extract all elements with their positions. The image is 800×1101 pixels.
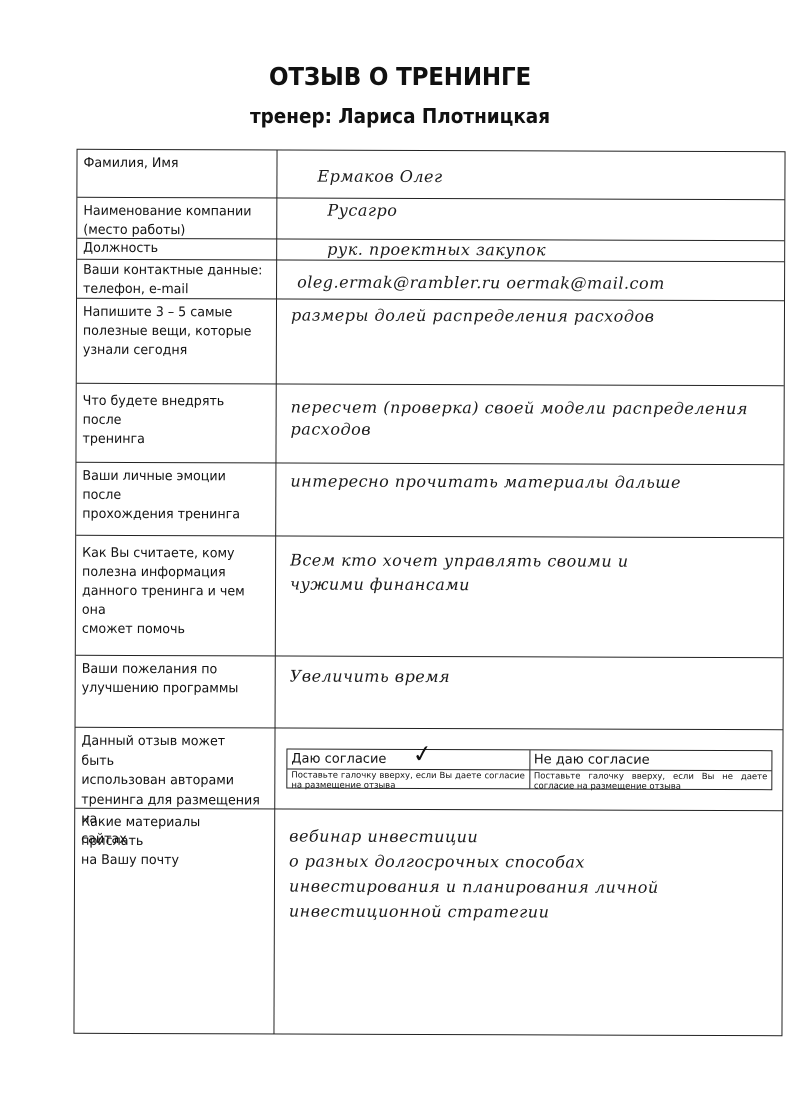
consent-agree-option[interactable]: Даю согласие Поставьте галочку вверху, е… <box>287 750 529 789</box>
label-emotions: Ваши личные эмоции после прохождения тре… <box>76 463 276 536</box>
consent-disagree-note: Поставьте галочку вверху, если Вы не дае… <box>530 770 772 793</box>
label-materials: Какие материалы прислать на Вашу почту <box>74 809 275 1034</box>
label-implement: Что будете внедрять после тренинга <box>76 384 276 463</box>
row-useful-things: Напишите 3 – 5 самые полезные вещи, кото… <box>77 298 784 385</box>
label-name: Фамилия, Имя <box>77 150 277 198</box>
consent-agree-label: Даю согласие <box>287 750 529 771</box>
row-company: Наименование компании (место работы) Рус… <box>77 197 784 240</box>
consent-disagree-option[interactable]: Не даю согласие Поставьте галочку вверху… <box>529 750 772 789</box>
answer-who-benefits[interactable]: Всем кто хочет управлять своими и чужими… <box>276 536 783 657</box>
answer-name[interactable]: Ермаков Олег <box>277 150 784 199</box>
label-consent: Данный отзыв может быть использован авто… <box>75 728 275 809</box>
consent-box: Даю согласие Поставьте галочку вверху, е… <box>286 749 772 791</box>
consent-disagree-label: Не даю согласие <box>530 750 772 771</box>
answer-useful-things[interactable]: размеры долей распределения расходов <box>277 299 784 385</box>
label-wishes: Ваши пожелания по улучшению программы <box>76 656 276 728</box>
label-who-benefits: Как Вы считаете, кому полезна информация… <box>76 536 276 656</box>
consent-agree-note: Поставьте галочку вверху, если Вы даете … <box>287 770 529 793</box>
answer-emotions[interactable]: интересно прочитать материалы дальше <box>276 463 783 537</box>
answer-wishes[interactable]: Увеличить время <box>276 656 783 729</box>
feedback-form-table: Фамилия, Имя Ермаков Олег Наименование к… <box>73 149 785 1036</box>
row-materials: Какие материалы прислать на Вашу почту в… <box>74 808 782 1035</box>
answer-position[interactable]: рук. проектных закупок <box>277 239 784 261</box>
row-wishes: Ваши пожелания по улучшению программы Ув… <box>76 655 783 729</box>
answer-company[interactable]: Русагро <box>277 198 784 240</box>
page-title: ОТЗЫВ О ТРЕНИНГЕ <box>32 62 768 91</box>
label-position: Должность <box>77 239 277 260</box>
label-contacts: Ваши контактные данные: телефон, e-mail <box>77 260 277 299</box>
row-who-benefits: Как Вы считаете, кому полезна информация… <box>76 535 783 657</box>
answer-materials[interactable]: вебинар инвестиции о разных долгосрочных… <box>274 809 782 1035</box>
row-implement: Что будете внедрять после тренинга перес… <box>76 383 783 464</box>
label-useful-things: Напишите 3 – 5 самые полезные вещи, кото… <box>77 299 277 384</box>
answer-implement[interactable]: пересчет (проверка) своей модели распред… <box>276 384 783 464</box>
trainer-subtitle: тренер: Лариса Плотницкая <box>32 104 768 128</box>
row-position: Должность рук. проектных закупок <box>77 238 784 261</box>
label-company: Наименование компании (место работы) <box>77 198 277 239</box>
row-consent: Данный отзыв может быть использован авто… <box>75 727 782 810</box>
answer-contacts[interactable]: oleg.ermak@rambler.ru oermak@mail.com <box>277 260 784 300</box>
row-emotions: Ваши личные эмоции после прохождения тре… <box>76 462 783 537</box>
row-name: Фамилия, Имя Ермаков Олег <box>77 150 784 199</box>
row-contacts: Ваши контактные данные: телефон, e-mail … <box>77 259 784 300</box>
checkmark-icon[interactable]: ✓ <box>411 741 434 768</box>
